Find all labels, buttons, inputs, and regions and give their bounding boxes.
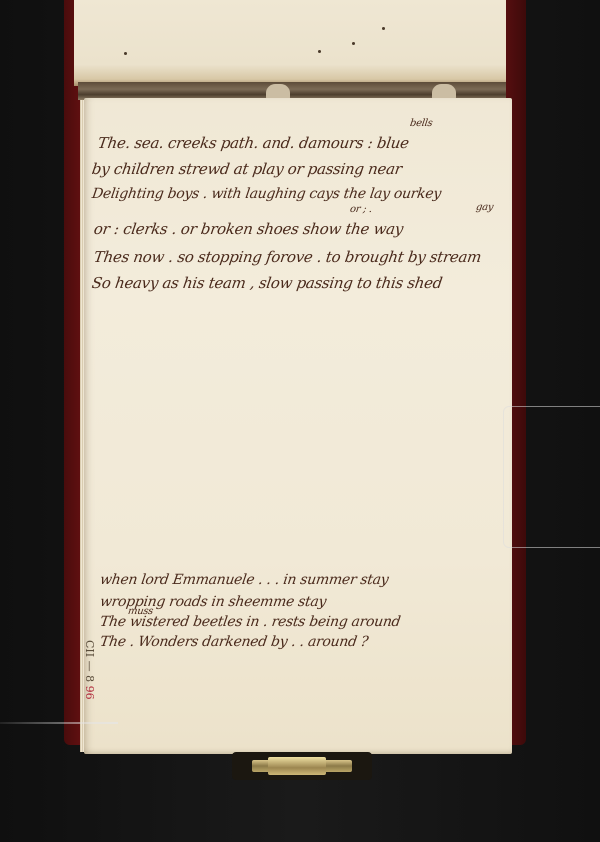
notebook-page: bells The. sea. creeks path. and. damour… xyxy=(84,98,512,754)
catalog-number: 96 xyxy=(83,686,96,700)
ink-speck xyxy=(352,42,355,45)
ink-speck xyxy=(382,27,385,30)
ink-speck xyxy=(318,50,321,53)
insertion-or: or ; . xyxy=(349,204,372,215)
facing-page-top xyxy=(74,0,506,86)
clasp-plate xyxy=(268,757,326,775)
ink-speck xyxy=(124,52,127,55)
handwritten-line-3: Delighting boys . with laughing cays the… xyxy=(91,186,442,202)
handwritten-lower-line-3: The wistered beetles in . rests being ar… xyxy=(99,614,402,630)
handwritten-line-1: The. sea. creeks path. and. damours : bl… xyxy=(97,134,410,152)
handwritten-line-5: Thes now . so stopping forove . to broug… xyxy=(93,248,483,266)
transparent-sleeve-right xyxy=(503,406,600,548)
handwritten-lower-line-4: The . Wonders darkened by . . around ? xyxy=(99,634,369,650)
handwritten-lower-line-1: when lord Emmanuele . . . in summer stay xyxy=(99,572,390,588)
catalog-reference: CII — 8 xyxy=(83,640,96,682)
handwritten-line-6: So heavy as his team , slow passing to t… xyxy=(91,274,444,292)
transparent-sleeve-left xyxy=(0,722,118,724)
insertion-gay: gay xyxy=(475,202,494,213)
handwritten-line-4: or : clerks . or broken shoes show the w… xyxy=(93,220,405,238)
brass-clasp xyxy=(232,752,372,780)
catalog-label: CII — 8 96 xyxy=(83,640,96,700)
handwritten-line-2: by children strewd at play or passing ne… xyxy=(91,160,403,178)
insertion-bells: bells xyxy=(409,118,433,129)
